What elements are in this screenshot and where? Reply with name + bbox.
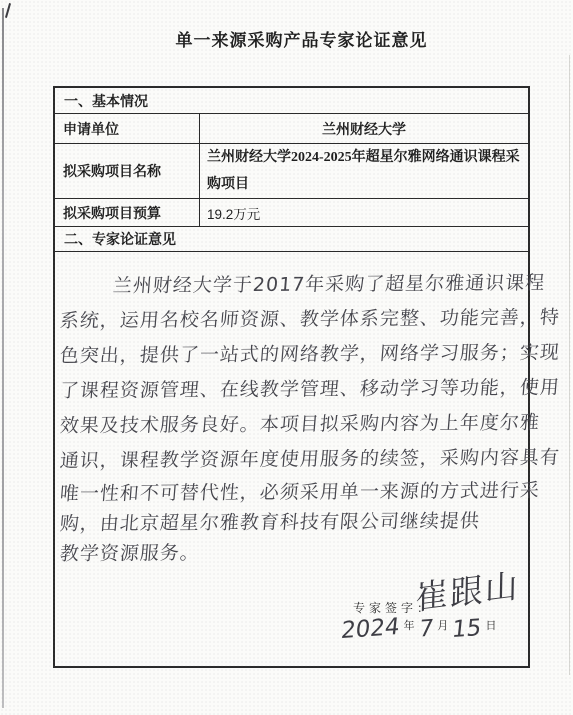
handwritten-opinion-line: 购，由北京超星尔雅教育科技有限公司继续提供 — [59, 506, 481, 536]
applicant-label: 申请单位 — [55, 114, 200, 143]
scan-left-edge-artifact — [2, 8, 4, 708]
expert-opinion-cell: 兰州财经大学于2017年采购了超星尔雅通识课程 系统，运用名校名师资源、教学体系… — [55, 252, 528, 666]
scanned-document-page: 单一来源采购产品专家论证意见 一、基本情况 申请单位 兰州财经大学 拟采购项目名… — [0, 0, 573, 715]
date-day-label: 日 — [485, 617, 496, 633]
signature-date: 2024年7月15日 — [341, 616, 500, 642]
handwritten-opinion-line: 通识，课程教学资源年度使用服务的续签，采购内容具有 — [59, 443, 561, 474]
handwritten-opinion-line: 系统，运用名校名师资源、教学体系完整、功能完善，特 — [59, 303, 561, 334]
date-day-handwritten: 15 — [451, 615, 483, 643]
handwritten-opinion-line: 了课程资源管理、在线教学管理、移动学习等功能，使用 — [59, 373, 561, 404]
scan-corner-mark-artifact — [5, 3, 11, 18]
applicant-value: 兰州财经大学 — [200, 114, 528, 143]
document-title: 单一来源采购产品专家论证意见 — [63, 26, 540, 51]
handwritten-opinion-line: 教学资源服务。 — [59, 538, 201, 566]
expert-signature-handwritten: 崔跟山 — [415, 559, 520, 619]
date-year-label: 年 — [404, 617, 415, 633]
date-month-handwritten: 7 — [417, 615, 434, 642]
project-name-label: 拟采购项目名称 — [55, 144, 200, 198]
handwritten-opinion-line: 效果及技术服务良好。本项目拟采购内容为上年度尔雅 — [59, 408, 541, 438]
table-row-project-budget: 拟采购项目预算 19.2万元 — [55, 199, 528, 227]
handwritten-opinion-line: 兰州财经大学于2017年采购了超星尔雅通识课程 — [112, 268, 547, 298]
date-year-handwritten: 2024 — [340, 614, 401, 644]
table-row-project-name: 拟采购项目名称 兰州财经大学2024-2025年超星尔雅网络通识课程采购项目 — [55, 144, 528, 199]
section-header-expert-opinion: 二、专家论证意见 — [55, 227, 528, 252]
handwritten-opinion-line: 色突出，提供了一站式的网络教学，网络学习服务；实现 — [59, 338, 561, 369]
project-name-value: 兰州财经大学2024-2025年超星尔雅网络通识课程采购项目 — [200, 144, 528, 198]
table-row-applicant: 申请单位 兰州财经大学 — [55, 114, 528, 144]
document-table: 一、基本情况 申请单位 兰州财经大学 拟采购项目名称 兰州财经大学2024-20… — [53, 86, 530, 668]
section-header-basic-info: 一、基本情况 — [55, 88, 528, 114]
date-month-label: 月 — [437, 617, 448, 633]
project-budget-value: 19.2万元 — [200, 199, 528, 226]
handwritten-opinion-line: 唯一性和不可替代性，必须采用单一来源的方式进行采 — [59, 476, 541, 506]
project-budget-label: 拟采购项目预算 — [55, 199, 200, 226]
scan-right-edge-artifact — [569, 55, 570, 675]
